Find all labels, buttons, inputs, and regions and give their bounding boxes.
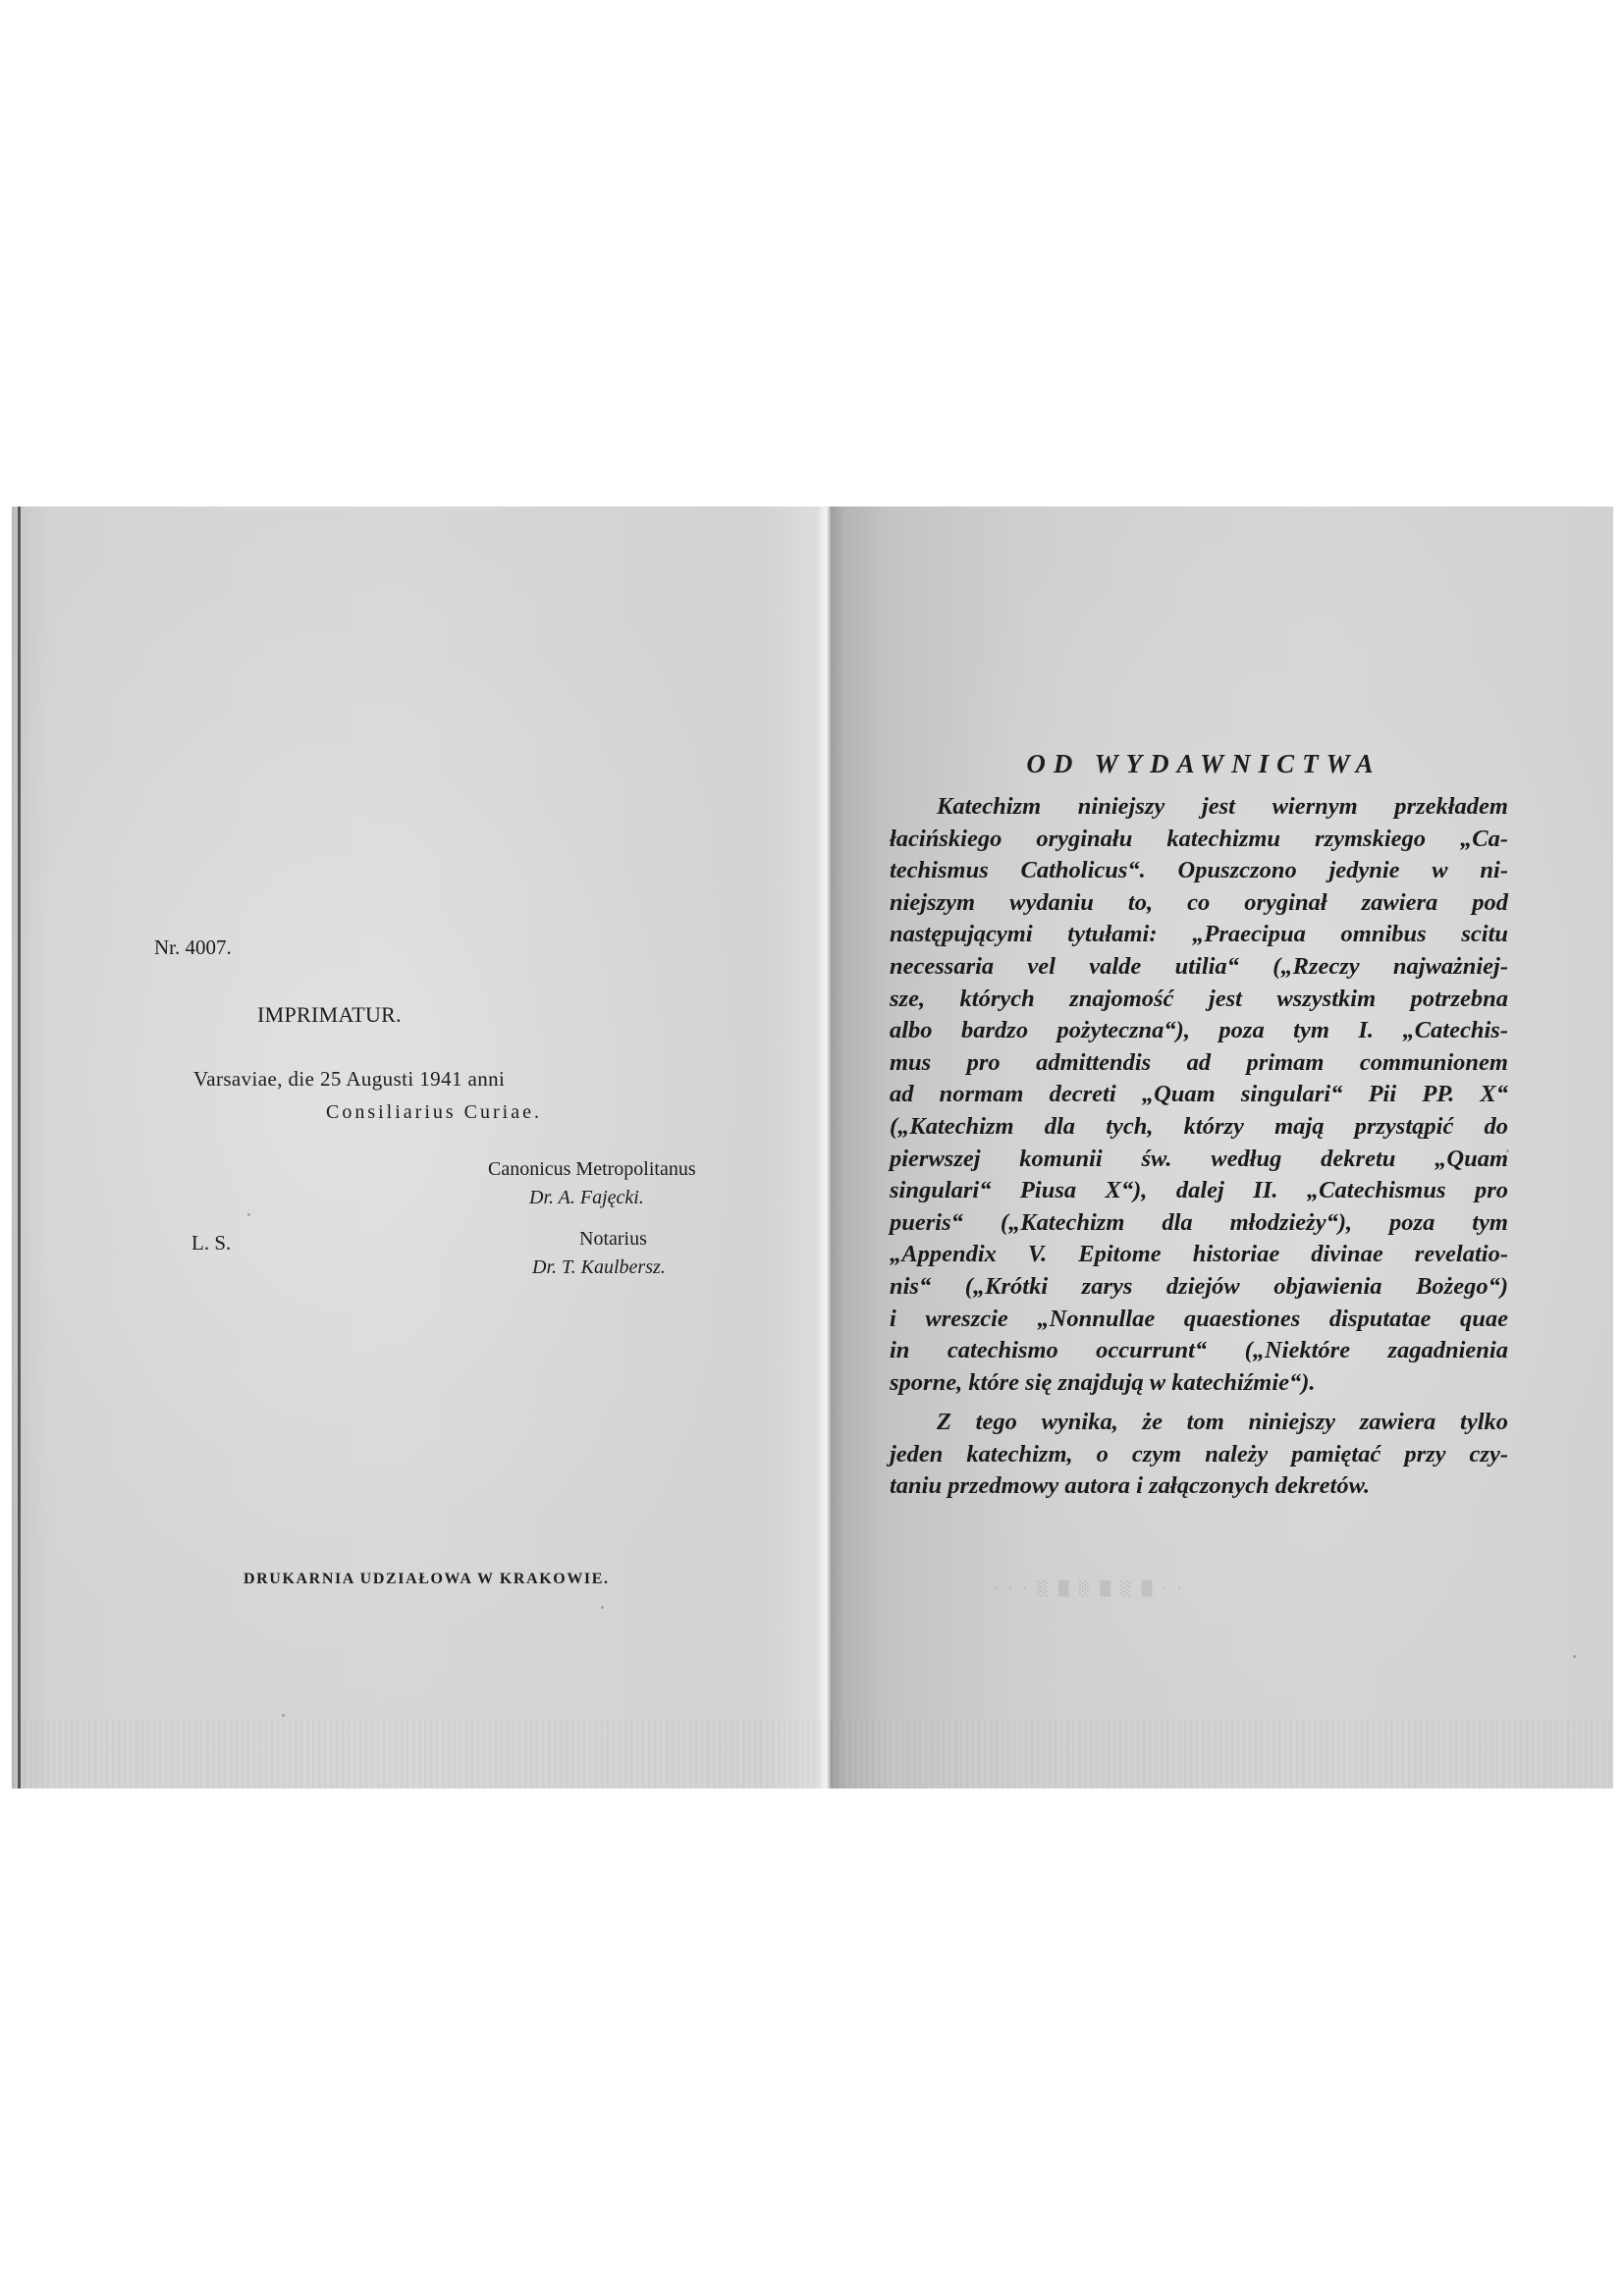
text-line: łacińskiego oryginału katechizmu rzymski… (890, 824, 1508, 856)
consiliarius-line: Consiliarius Curiae. (326, 1101, 542, 1124)
notarius-title: Notarius (579, 1228, 647, 1251)
text-line: „Appendix V. Epitome historiae divinae r… (890, 1239, 1508, 1271)
paper-speck (1506, 1149, 1509, 1152)
text-line: mus pro admittendis ad primam communione… (890, 1047, 1508, 1080)
faint-library-stamp: · · · ░ ▒ ░ ▒ ░ ▒ · · (994, 1581, 1184, 1597)
paper-speck (282, 1714, 285, 1717)
imprimatur-title: IMPRIMATUR. (257, 1002, 402, 1028)
text-line: nis“ („Krótki zarys dziejów objawienia B… (890, 1271, 1508, 1304)
text-line: sporne, które się znajdują w katechiźmie… (890, 1367, 1508, 1400)
canonicus-signature: Dr. A. Fajęcki. (529, 1187, 644, 1209)
paper-speck (601, 1606, 604, 1609)
paper-speck (1573, 1655, 1576, 1658)
locus-sigilli: L. S. (191, 1231, 231, 1255)
paragraph-1: Katechizm niniejszy jest wiernym przekła… (890, 791, 1508, 1399)
text-line: in catechismo occurrunt“ („Niektóre zaga… (890, 1335, 1508, 1367)
place-date-line: Varsaviae, die 25 Augusti 1941 anni (193, 1067, 505, 1092)
text-line: („Katechizm dla tych, którzy mają przyst… (890, 1111, 1508, 1144)
section-heading: OD WYDAWNICTWA (1021, 749, 1386, 779)
text-line: pueris“ („Katechizm dla młodzieży“), poz… (890, 1207, 1508, 1240)
notarius-signature: Dr. T. Kaulbersz. (532, 1256, 666, 1279)
left-page: Nr. 4007. IMPRIMATUR. Varsaviae, die 25 … (12, 507, 831, 1789)
text-line: Katechizm niniejszy jest wiernym przekła… (890, 791, 1508, 824)
text-line: i wreszcie „Nonnullae quaestiones disput… (890, 1304, 1508, 1336)
page-edge-line (18, 507, 21, 1789)
text-line: następującymi tytułami: „Praecipua omnib… (890, 919, 1508, 951)
paragraph-2: Z tego wynika, że tom niniejszy zawiera … (890, 1407, 1508, 1503)
printer-imprint: DRUKARNIA UDZIAŁOWA W KRAKOWIE. (244, 1571, 610, 1588)
text-line: techismus Catholicus“. Opuszczono jedyni… (890, 855, 1508, 887)
text-line: Z tego wynika, że tom niniejszy zawiera … (890, 1407, 1508, 1439)
text-line: pierwszej komunii św. według dekretu „Qu… (890, 1144, 1508, 1176)
scan-streaks (831, 1720, 1613, 1789)
scan-streaks (12, 1720, 831, 1789)
text-line: ad normam decreti „Quam singulari“ Pii P… (890, 1079, 1508, 1111)
text-line: jeden katechizm, o czym należy pamiętać … (890, 1439, 1508, 1471)
text-line: albo bardzo pożyteczna“), poza tym I. „C… (890, 1015, 1508, 1047)
text-line: singulari“ Piusa X“), dalej II. „Catechi… (890, 1175, 1508, 1207)
text-line: niejszym wydaniu to, co oryginał zawiera… (890, 887, 1508, 920)
text-line: taniu przedmowy autora i załączonych dek… (890, 1470, 1508, 1503)
text-line: necessaria vel valde utilia“ („Rzeczy na… (890, 951, 1508, 984)
publisher-note-body: Katechizm niniejszy jest wiernym przekła… (890, 791, 1508, 1503)
canonicus-title: Canonicus Metropolitanus (488, 1158, 696, 1181)
text-line: sze, których znajomość jest wszystkim po… (890, 984, 1508, 1016)
approval-number: Nr. 4007. (154, 935, 232, 960)
scanned-book-spread: Nr. 4007. IMPRIMATUR. Varsaviae, die 25 … (12, 507, 1613, 1789)
paper-speck (247, 1213, 250, 1216)
